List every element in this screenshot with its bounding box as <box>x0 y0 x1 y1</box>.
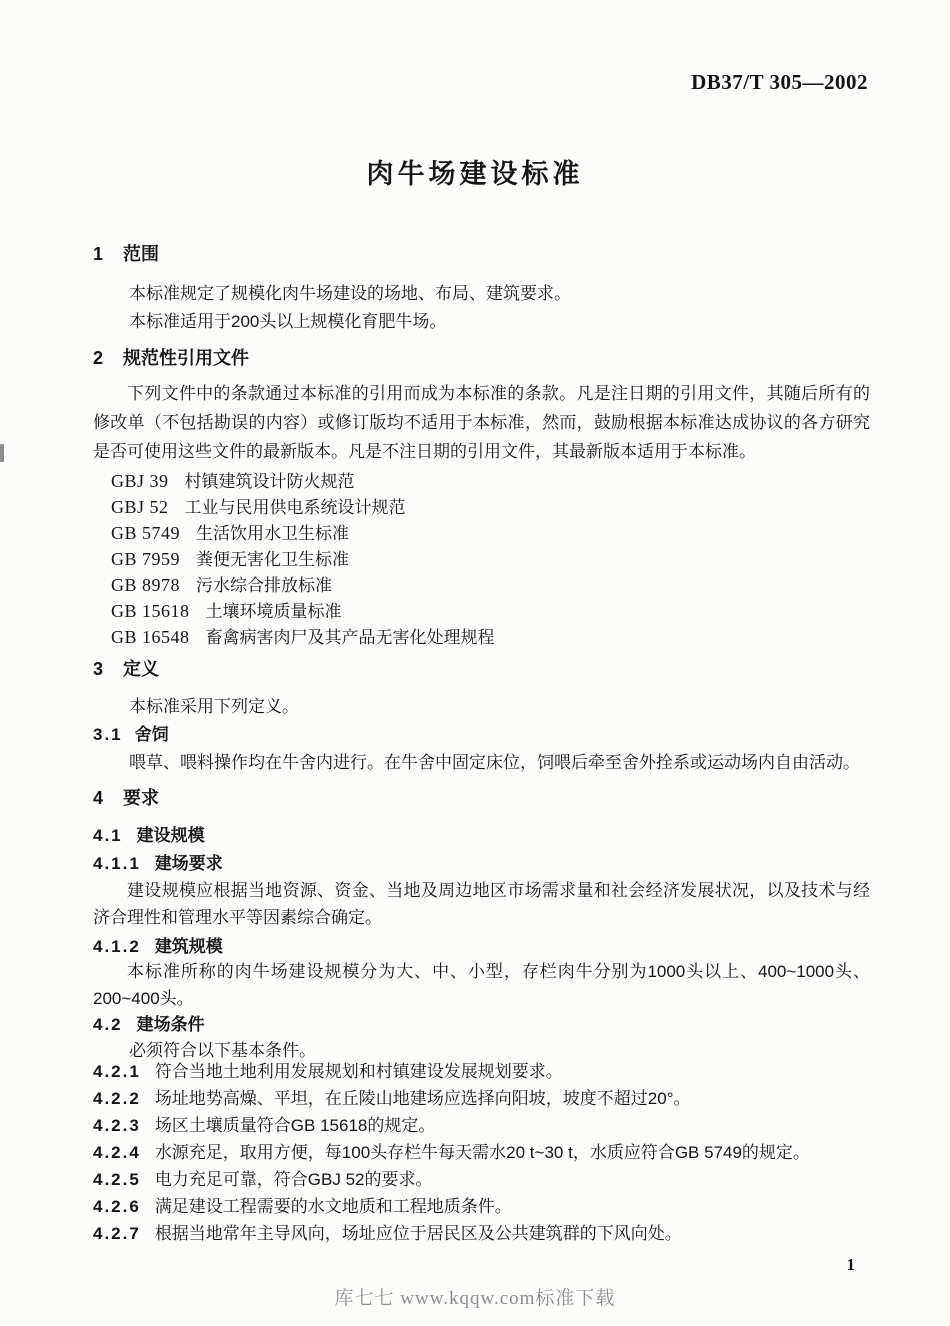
clause-item: 4.2.3场区土壤质量符合GB 15618的规定。 <box>93 1112 873 1139</box>
scanned-document-page: DB37/T 305—2002 肉牛场建设标准 1范围 本标准规定了规模化肉牛场… <box>0 0 950 1326</box>
clause-number: 4.2.7 <box>93 1224 141 1243</box>
reference-code: GB 5749 <box>111 523 180 543</box>
clause-4-1-2-heading: 4.1.2建筑规模 <box>93 932 223 957</box>
section-3-title: 定义 <box>123 659 159 679</box>
reference-name: 土壤环境质量标准 <box>206 602 342 621</box>
section-2-intro: 下列文件中的条款通过本标准的引用而成为本标准的条款。凡是注日期的引用文件，其随后… <box>93 379 870 466</box>
reference-code: GB 7959 <box>111 549 180 569</box>
reference-item: GB 15618土壤环境质量标准 <box>111 598 495 624</box>
clause-4-1-1-title: 建场要求 <box>155 854 223 873</box>
clause-4-1-1-text: 建设规模应根据当地资源、资金、当地及周边地区市场需求量和社会经济发展状况，以及技… <box>93 877 870 931</box>
clause-number: 4.2.2 <box>93 1089 141 1108</box>
section-4-number: 4 <box>93 788 105 808</box>
clause-number: 4.2.4 <box>93 1143 141 1162</box>
page-number: 1 <box>847 1255 856 1275</box>
section-3-intro: 本标准采用下列定义。 <box>93 692 299 717</box>
clause-3-1-number: 3.1 <box>93 725 123 744</box>
section-3-heading: 3定义 <box>93 655 159 681</box>
clause-item: 4.2.1符合当地土地利用发展规划和村镇建设发展规划要求。 <box>93 1058 873 1085</box>
reference-item: GB 5749生活饮用水卫生标准 <box>111 520 495 546</box>
reference-item: GB 7959粪便无害化卫生标准 <box>111 546 495 572</box>
clause-text: 根据当地常年主导风向，场址应位于居民区及公共建筑群的下风向处。 <box>155 1224 682 1243</box>
section-4-heading: 4要求 <box>93 784 159 810</box>
clause-number: 4.2.6 <box>93 1197 141 1216</box>
clause-number: 4.2.3 <box>93 1116 141 1135</box>
reference-code: GB 8978 <box>111 575 180 595</box>
clause-4-2-heading: 4.2建场条件 <box>93 1010 205 1035</box>
section-2-title: 规范性引用文件 <box>123 348 249 368</box>
section-4-title: 要求 <box>123 788 159 808</box>
clause-item: 4.2.2场址地势高燥、平坦，在丘陵山地建场应选择向阳坡，坡度不超过20°。 <box>93 1085 873 1112</box>
reference-item: GB 8978污水综合排放标准 <box>111 572 495 598</box>
clause-4-2-title: 建场条件 <box>137 1015 205 1034</box>
reference-code: GB 16548 <box>111 627 190 647</box>
clause-4-1-title: 建设规模 <box>137 826 205 845</box>
document-title: 肉牛场建设标准 <box>0 152 950 191</box>
section-2-number: 2 <box>93 348 105 368</box>
reference-name: 污水综合排放标准 <box>196 576 332 595</box>
reference-name: 工业与民用供电系统设计规范 <box>185 498 406 517</box>
clause-item: 4.2.4水源充足，取用方便，每100头存栏牛每天需水20 t~30 t，水质应… <box>93 1139 873 1166</box>
clause-4-1-1-number: 4.1.1 <box>93 854 141 873</box>
reference-name: 畜禽病害肉尸及其产品无害化处理规程 <box>206 628 495 647</box>
normative-reference-list: GBJ 39村镇建筑设计防火规范 GBJ 52工业与民用供电系统设计规范 GB … <box>111 468 495 650</box>
clause-4-1-2-text: 本标准所称的肉牛场建设规模分为大、中、小型，存栏肉牛分别为1000头以上、400… <box>93 958 870 1012</box>
watermark-text: 库七七 www.kqqw.com标准下载 <box>0 1283 950 1310</box>
section-1-paragraph: 本标准规定了规模化肉牛场建设的场地、布局、建筑要求。 <box>93 279 571 304</box>
reference-code: GBJ 52 <box>111 497 169 517</box>
clause-3-1-title: 舍饲 <box>135 725 169 744</box>
section-1-paragraph: 本标准适用于200头以上规模化育肥牛场。 <box>93 307 446 332</box>
reference-name: 生活饮用水卫生标准 <box>196 524 349 543</box>
reference-code: GB 15618 <box>111 601 190 621</box>
clause-text: 满足建设工程需要的水文地质和工程地质条件。 <box>155 1197 512 1216</box>
clause-number: 4.2.5 <box>93 1170 141 1189</box>
section-1-number: 1 <box>93 244 105 264</box>
clause-item: 4.2.6满足建设工程需要的水文地质和工程地质条件。 <box>93 1193 873 1220</box>
section-2-heading: 2规范性引用文件 <box>93 344 249 370</box>
reference-name: 村镇建筑设计防火规范 <box>185 472 355 491</box>
document-code: DB37/T 305—2002 <box>691 70 868 95</box>
clause-4-1-1-heading: 4.1.1建场要求 <box>93 849 223 874</box>
clause-text: 场区土壤质量符合GB 15618的规定。 <box>155 1116 436 1135</box>
reference-item: GB 16548畜禽病害肉尸及其产品无害化处理规程 <box>111 624 495 650</box>
scan-artifact-mark <box>0 444 4 462</box>
reference-item: GBJ 52工业与民用供电系统设计规范 <box>111 494 495 520</box>
clause-text: 电力充足可靠，符合GBJ 52的要求。 <box>155 1170 433 1189</box>
section-3-number: 3 <box>93 659 105 679</box>
section-1-heading: 1范围 <box>93 240 159 266</box>
section-1-title: 范围 <box>123 244 159 264</box>
clause-item: 4.2.7根据当地常年主导风向，场址应位于居民区及公共建筑群的下风向处。 <box>93 1220 873 1247</box>
reference-code: GBJ 39 <box>111 471 169 491</box>
clause-text: 水源充足，取用方便，每100头存栏牛每天需水20 t~30 t，水质应符合GB … <box>155 1143 810 1162</box>
reference-item: GBJ 39村镇建筑设计防火规范 <box>111 468 495 494</box>
clause-4-1-number: 4.1 <box>93 826 123 845</box>
clause-item: 4.2.5电力充足可靠，符合GBJ 52的要求。 <box>93 1166 873 1193</box>
clause-text: 符合当地土地利用发展规划和村镇建设发展规划要求。 <box>155 1062 563 1081</box>
clause-4-1-2-number: 4.1.2 <box>93 937 141 956</box>
clause-number: 4.2.1 <box>93 1062 141 1081</box>
clause-text: 场址地势高燥、平坦，在丘陵山地建场应选择向阳坡，坡度不超过20°。 <box>155 1089 691 1108</box>
site-condition-clause-list: 4.2.1符合当地土地利用发展规划和村镇建设发展规划要求。 4.2.2场址地势高… <box>93 1058 873 1247</box>
clause-3-1-text: 喂草、喂料操作均在牛舍内进行。在牛舍中固定床位，饲喂后牵至舍外拴系或运动场内自由… <box>93 748 860 773</box>
clause-4-1-heading: 4.1建设规模 <box>93 821 205 846</box>
clause-4-1-2-title: 建筑规模 <box>155 937 223 956</box>
clause-3-1-heading: 3.1舍饲 <box>93 720 169 745</box>
clause-4-2-number: 4.2 <box>93 1015 123 1034</box>
reference-name: 粪便无害化卫生标准 <box>196 550 349 569</box>
